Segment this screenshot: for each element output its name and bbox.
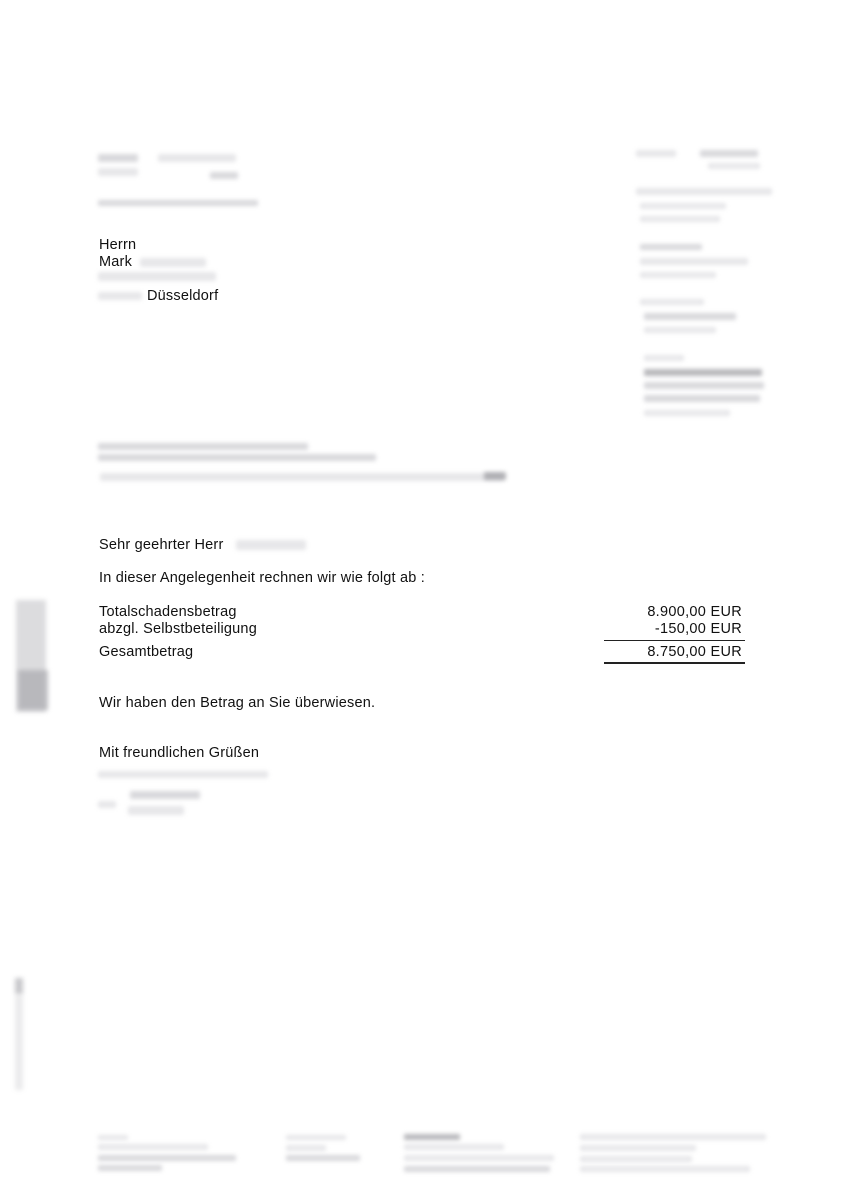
greeting: Sehr geehrter Herr bbox=[99, 537, 224, 554]
total-underline bbox=[604, 662, 745, 664]
recipient-first-name: Mark bbox=[99, 254, 132, 271]
closing: Mit freundlichen Grüßen bbox=[99, 745, 259, 762]
total-amount: 8.750,00 EUR bbox=[647, 644, 742, 661]
margin-mark bbox=[15, 978, 23, 994]
row-label: abzgl. Selbstbeteiligung bbox=[99, 621, 257, 638]
subtotal-divider bbox=[604, 640, 745, 641]
greeting-name-redacted bbox=[236, 540, 306, 550]
transfer-note: Wir haben den Betrag an Sie überwiesen. bbox=[99, 695, 375, 712]
margin-mark bbox=[18, 670, 48, 710]
row-amount: 8.900,00 EUR bbox=[647, 604, 742, 621]
sender-return-line bbox=[98, 200, 258, 206]
recipient-salutation: Herrn bbox=[99, 237, 136, 254]
intro-text: In dieser Angelegenheit rechnen wir wie … bbox=[99, 570, 425, 587]
recipient-postcode-redacted bbox=[98, 292, 142, 300]
recipient-last-name-redacted bbox=[140, 258, 206, 267]
margin-mark bbox=[15, 995, 23, 1090]
recipient-city: Düsseldorf bbox=[147, 288, 218, 305]
recipient-street-redacted bbox=[98, 272, 216, 281]
row-label: Totalschadensbetrag bbox=[99, 604, 237, 621]
row-amount: -150,00 EUR bbox=[655, 621, 742, 638]
total-label: Gesamtbetrag bbox=[99, 644, 193, 661]
